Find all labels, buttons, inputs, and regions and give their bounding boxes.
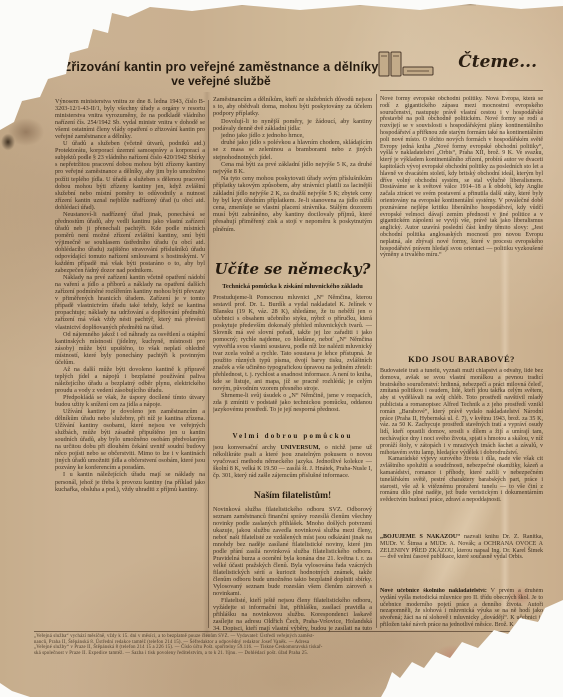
ucebnice-rest: V prvém a druhém vydání vyšla metodická … [380, 588, 543, 628]
paper-top-edge-shadow [96, 0, 476, 6]
barabove-title: KDO JSOU BARABOVÉ? [380, 354, 543, 364]
imprint-line: ská společnost v Praze II. Expedice tamt… [34, 651, 546, 657]
cteme-header: Čteme... [380, 50, 543, 91]
bojujeme-lead: „BOJUJEME S NÁKAZOU“ [380, 534, 460, 540]
column-divider [376, 94, 377, 628]
article-paragraph: Zaměstnancům a dělníkům, kteří ze služeb… [213, 96, 372, 118]
article-paragraph: Od nájemného jakož i od náhrady za osvět… [55, 331, 205, 366]
bojujeme-paragraph: „BOJUJEME S NÁKAZOU“ nazvali knihu Dr. Z… [380, 534, 543, 586]
article-paragraph: Neustanoví-li nadřízený úřad jinak, pone… [55, 211, 205, 274]
article-paragraph: Až na další může býti dovoleno kantině k… [55, 366, 205, 394]
article-paragraph: Cena má býti za prvé základní jídlo nejv… [213, 161, 372, 175]
section-german-text: Prostudujeme-li Pomocnou mluvnici „N“ Ně… [213, 294, 372, 430]
imprint: „Veřejná služba“ vychází měsíčně, vždy k… [34, 631, 546, 656]
article-paragraph: Výnosem ministerstva vnitra ze dne 8. le… [55, 98, 205, 140]
column-divider [208, 100, 209, 628]
aid-paragraph: jsou konversační archy UNIVERSUM, o nich… [213, 444, 372, 490]
books-icon [376, 50, 438, 85]
section-paragraph: Kamarádské výjevy surového života i díla… [380, 456, 543, 504]
paper-top-edge-shadow-right [470, 0, 563, 5]
article-paragraph: Užívání kantiny je dovoleno jen zaměstna… [55, 408, 205, 471]
article-paragraph: I u kantin náležejících úřadu mají se ná… [55, 471, 205, 492]
article-paragraph: Předpokládá se však, že úspory docílené … [55, 394, 205, 408]
section-paragraph: Novinková služba filatelistického odboru… [213, 506, 372, 597]
imprint-line: „Veřejné služby“ v Praze II, Štěpánská 8… [34, 645, 546, 651]
philately-text: Novinková služba filatelistického odboru… [213, 506, 372, 632]
article-headline: Zřizování kantin pro veřejné zaměstnance… [62, 60, 380, 88]
section-title-german: Učíte se německy? [213, 260, 372, 278]
newspaper-paper: Zřizování kantin pro veřejné zaměstnance… [0, 0, 563, 697]
section-paragraph: Shrneme-li svůj úsudek o „N“ Němčině, js… [213, 392, 372, 413]
cteme-title: Čteme... [458, 52, 537, 72]
headline-line-1: Zřizování kantin pro veřejné zaměstnance… [62, 60, 380, 74]
article-paragraph: druhé jako jídlo s polévkou a hlavním ch… [213, 139, 372, 161]
headline-line-2: ve veřejné službě [62, 74, 380, 88]
article-paragraph: jedno jako jídlo z jednoho hrnce, [213, 132, 372, 139]
ucebnice-lead: Nové učebnice školního nakladatelství: [380, 588, 487, 594]
barabove-text: Budovatelé tratí a tunelů, vyznalí muži … [380, 368, 543, 530]
section-paragraph: Filatelisté, kteří ještě nejsou členy fi… [213, 597, 372, 632]
aid-lead: jsou konversační archy [213, 444, 280, 451]
section-paragraph: Prostudujeme-li Pomocnou mluvnici „N“ Ně… [213, 294, 372, 392]
cteme-text: Nové formy evropské obchodní politiky. N… [380, 96, 543, 352]
section-subtitle-german: Technická pomůcka k získání mluvnického … [213, 283, 372, 290]
article-paragraph: Dovolují-li to nynější poměry, je žádouc… [213, 118, 372, 132]
article-column-left: Výnosem ministerstva vnitra ze dne 8. le… [55, 98, 205, 630]
article-paragraph: Na tyto ceny mohou poskytovati úřady svý… [213, 175, 372, 233]
scanned-newspaper-page: Zřizování kantin pro veřejné zaměstnance… [0, 0, 563, 697]
section-paragraph: Nové formy evropské obchodní politiky. N… [380, 96, 543, 259]
aid-heading: Velmi dobrou pomůckou [213, 432, 372, 440]
article-paragraph: Náklady na prvé zařízení kantin včetně o… [55, 274, 205, 330]
aid-bold: UNIVERSUM, [280, 444, 320, 451]
section-paragraph: Budovatelé tratí a tunelů, vyznalí muži … [380, 368, 543, 456]
article-paragraph: U úřadů a služeben (včetně útvarů, podni… [55, 140, 205, 210]
philately-title: Naším filatelistům! [213, 491, 372, 501]
article-column-middle: Zaměstnancům a dělníkům, kteří ze služeb… [213, 96, 372, 258]
